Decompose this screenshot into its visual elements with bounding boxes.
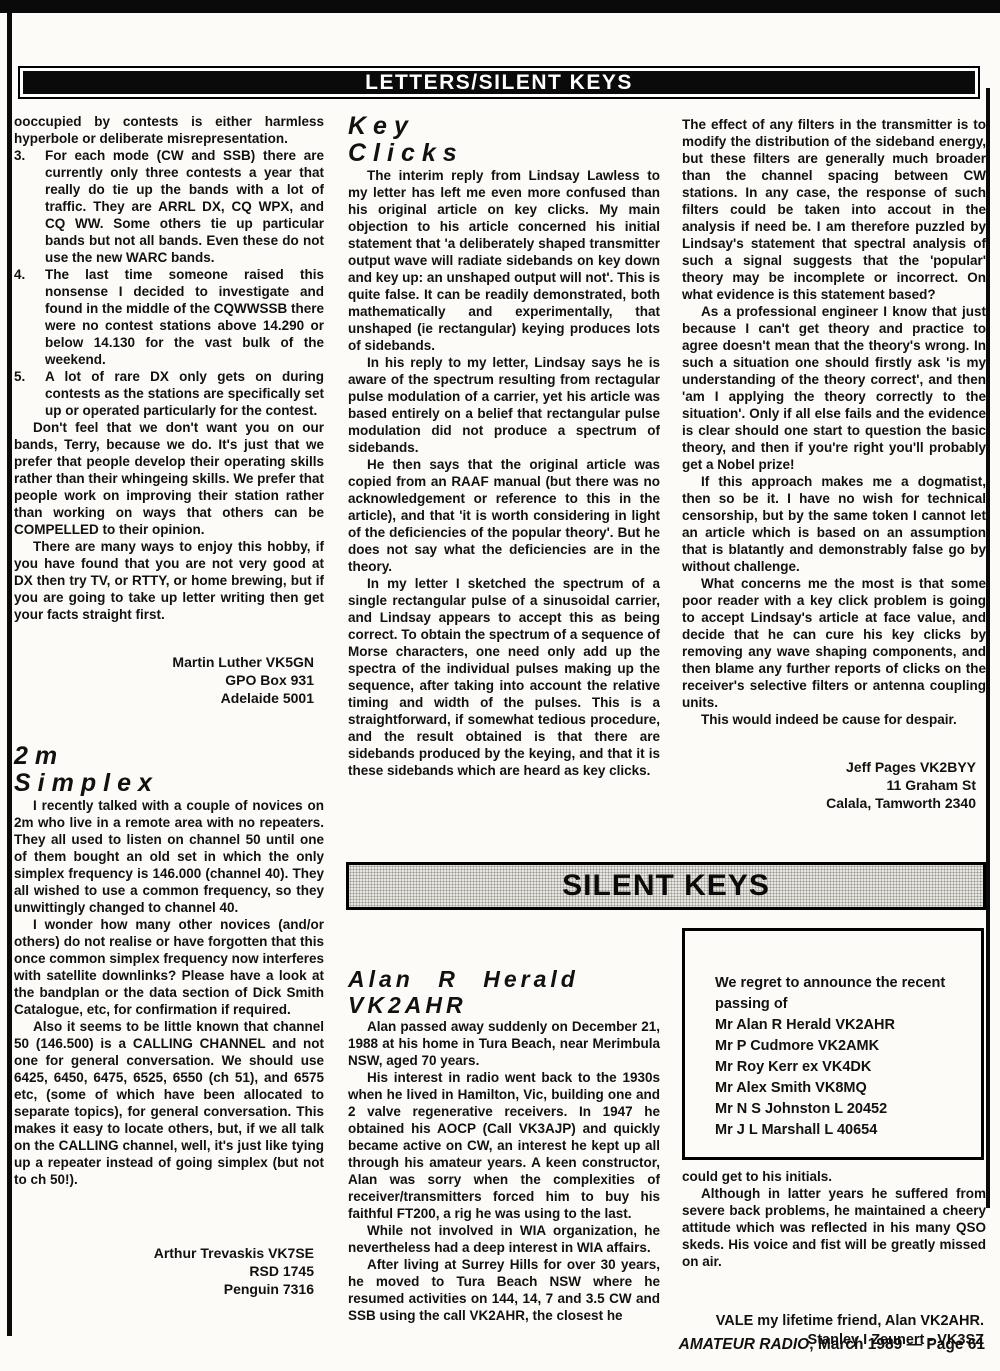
magazine-title: AMATEUR RADIO (679, 1336, 810, 1353)
letter-heading-key-clicks: Key Clicks (348, 113, 660, 167)
list-item-5: 5. A lot of rare DX only gets on during … (14, 368, 324, 419)
passing-name: Mr Alan R Herald VK2AHR (715, 1015, 971, 1036)
paragraph: The interim reply from Lindsay Lawless t… (348, 167, 660, 354)
paragraph: There are many ways to enjoy this hobby,… (14, 538, 324, 623)
paragraph: His interest in radio went back to the 1… (348, 1069, 660, 1222)
signature-line: Arthur Trevaskis VK7SE (14, 1244, 314, 1262)
column-right: The effect of any filters in the transmi… (682, 116, 986, 812)
passing-announcement-box: We regret to announce the recent passing… (682, 928, 984, 1160)
list-number: 5. (14, 368, 45, 419)
passing-name: Mr N S Johnston L 20452 (715, 1099, 971, 1120)
obituary-heading-alan-herald: Alan R Herald VK2AHR (348, 966, 660, 1018)
passing-name: Mr J L Marshall L 40654 (715, 1120, 971, 1141)
list-text: For each mode (CW and SSB) there are cur… (45, 147, 324, 266)
column-middle: Key Clicks The interim reply from Lindsa… (348, 113, 660, 779)
paragraph: Also it seems to be little known that ch… (14, 1018, 324, 1188)
signature-arthur-trevaskis: Arthur Trevaskis VK7SE RSD 1745 Penguin … (14, 1244, 324, 1298)
passing-name: Mr Roy Kerr ex VK4DK (715, 1057, 971, 1078)
page-edge-right (986, 88, 990, 1208)
paragraph: He then says that the original article w… (348, 456, 660, 575)
heading-line: 2m (14, 743, 324, 770)
paragraph: If this approach makes me a dogmatist, t… (682, 473, 986, 575)
heading-line: Key (348, 113, 660, 140)
heading-line: VK2AHR (348, 992, 660, 1018)
column-left: ooccupied by contests is either harmless… (14, 113, 324, 1298)
vale-line: VALE my lifetime friend, Alan VK2AHR. (682, 1312, 984, 1331)
section-header-title: LETTERS/SILENT KEYS (365, 71, 633, 95)
section-header-inner: LETTERS/SILENT KEYS (23, 71, 975, 94)
passing-name: Mr P Cudmore VK2AMK (715, 1036, 971, 1057)
silent-keys-banner: SILENT KEYS (346, 862, 986, 910)
paragraph: I recently talked with a couple of novic… (14, 797, 324, 916)
paragraph: After living at Surrey Hills for over 30… (348, 1256, 660, 1324)
page-edge-left (7, 0, 12, 1336)
list-item-3: 3. For each mode (CW and SSB) there are … (14, 147, 324, 266)
heading-line: Alan R Herald (348, 966, 660, 992)
signature-line: Martin Luther VK5GN (14, 653, 314, 671)
silent-keys-banner-title: SILENT KEYS (562, 869, 770, 903)
paragraph: This would indeed be cause for despair. (682, 711, 986, 728)
list-text: A lot of rare DX only gets on during con… (45, 368, 324, 419)
signature-line: RSD 1745 (14, 1262, 314, 1280)
page-edge-top (0, 0, 1000, 13)
passing-box-intro: We regret to announce the recent passing… (715, 973, 971, 1015)
paragraph: In my letter I sketched the spectrum of … (348, 575, 660, 779)
footer-issue-page: , March 1989 — Page 61 (809, 1336, 985, 1353)
paragraph: The effect of any filters in the transmi… (682, 116, 986, 303)
heading-line: Clicks (348, 140, 660, 167)
list-item-4: 4. The last time someone raised this non… (14, 266, 324, 368)
section-header-bar: LETTERS/SILENT KEYS (18, 66, 980, 99)
paragraph: While not involved in WIA organization, … (348, 1222, 660, 1256)
signature-line: Adelaide 5001 (14, 689, 314, 707)
signature-jeff-pages: Jeff Pages VK2BYY 11 Graham St Calala, T… (682, 758, 986, 812)
paragraph: In his reply to my letter, Lindsay says … (348, 354, 660, 456)
signature-line: GPO Box 931 (14, 671, 314, 689)
paragraph: What concerns me the most is that some p… (682, 575, 986, 711)
page-footer: AMATEUR RADIO, March 1989 — Page 61 (679, 1336, 985, 1354)
list-text: The last time someone raised this nonsen… (45, 266, 324, 368)
paragraph: Don't feel that we don't want you on our… (14, 419, 324, 538)
paragraph: As a professional engineer I know that j… (682, 303, 986, 473)
column-right-lower: could get to his initials. Although in l… (682, 1168, 986, 1350)
signature-line: 11 Graham St (682, 776, 976, 794)
paragraph: Although in latter years he suffered fro… (682, 1185, 986, 1270)
paragraph: I wonder how many other novices (and/or … (14, 916, 324, 1018)
signature-line: Calala, Tamworth 2340 (682, 794, 976, 812)
letter-heading-2m-simplex: 2m Simplex (14, 743, 324, 797)
signature-line: Penguin 7316 (14, 1280, 314, 1298)
heading-line: Simplex (14, 770, 324, 797)
paragraph: could get to his initials. (682, 1168, 986, 1185)
signature-martin-luther: Martin Luther VK5GN GPO Box 931 Adelaide… (14, 653, 324, 707)
signature-line: Jeff Pages VK2BYY (682, 758, 976, 776)
list-number: 4. (14, 266, 45, 368)
magazine-page: LETTERS/SILENT KEYS ooccupied by contest… (0, 0, 1000, 1371)
paragraph: Alan passed away suddenly on December 21… (348, 1018, 660, 1069)
list-number: 3. (14, 147, 45, 266)
passing-name: Mr Alex Smith VK8MQ (715, 1078, 971, 1099)
column-middle-lower: Alan R Herald VK2AHR Alan passed away su… (348, 966, 660, 1324)
letter-continuation-paragraph: ooccupied by contests is either harmless… (14, 113, 324, 147)
